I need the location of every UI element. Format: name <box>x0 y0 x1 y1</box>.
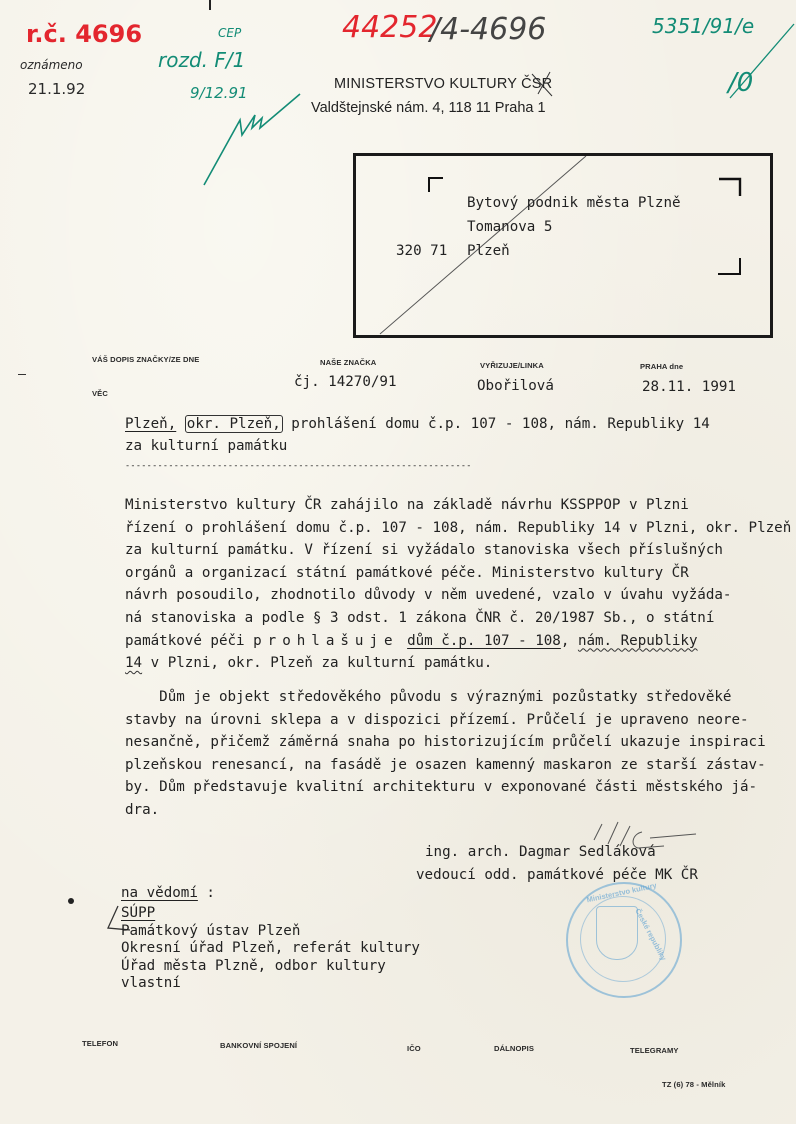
cc-recipient: vlastní <box>121 975 420 993</box>
handwritten-note: oznámeno <box>20 58 83 72</box>
text: památkové péči <box>125 633 253 649</box>
square-name-underlined: nám. Republiky <box>578 633 698 649</box>
body-line: ná stanoviska a podle § 3 odst. 1 zákona… <box>125 607 791 630</box>
handwritten-date: 21.1.92 <box>28 80 85 98</box>
text: , <box>561 633 578 649</box>
body-paragraph-1: Ministerstvo kultury ČR zahájilo na zákl… <box>125 494 791 675</box>
body-paragraph-2: Dům je objekt středověkého původu s výra… <box>125 686 766 822</box>
your-letter-label: VÁŠ DOPIS ZNAČKY/ZE DNE <box>92 355 199 364</box>
body-line: návrh posoudilo, zhodnotilo důvody v něm… <box>125 584 791 607</box>
cc-heading: na vědomí : <box>121 884 215 902</box>
subject-city: Plzeň, <box>125 416 176 432</box>
body-line: stavby na úrovni sklepa a v dispozici př… <box>125 709 766 732</box>
cc-recipient: Památkový ústav Plzeň <box>121 923 420 941</box>
top-tick-mark <box>209 0 211 10</box>
footer-telegram-label: TELEGRAMY <box>630 1046 679 1055</box>
handwritten-distribution: rozd. F/1 <box>158 48 245 72</box>
footer-print-code: TZ (6) 78 - Mělník <box>662 1080 725 1089</box>
recipient-postcode: 320 71 <box>396 243 447 259</box>
recipient-city: Plzeň <box>467 243 510 259</box>
body-line: by. Dům představuje kvalitní architektur… <box>125 776 766 799</box>
footer-bank-label: BANKOVNÍ SPOJENÍ <box>220 1041 297 1050</box>
square-number-underlined: 14 <box>125 655 142 671</box>
cc-list: SÚPP Památkový ústav Plzeň Okresní úřad … <box>121 905 420 993</box>
our-ref-label: NAŠE ZNAČKA <box>320 358 376 367</box>
teal-diagonal-stroke <box>716 22 796 102</box>
cc-recipient: Úřad města Plzně, odbor kultury <box>121 958 420 976</box>
subject-district: okr. Plzeň, <box>185 415 283 433</box>
recipient-street: Tomanova 5 <box>467 219 552 235</box>
subject-label: VĚC <box>92 389 108 398</box>
subject-rule: ----------------------------------------… <box>125 455 472 478</box>
ministry-address: Valdštejnské nám. 4, 118 11 Praha 1 <box>311 100 546 116</box>
body-line: orgánů a organizací státní památkové péč… <box>125 562 791 585</box>
subject-line-1: Plzeň, okr. Plzeň, prohlášení domu č.p. … <box>125 413 710 436</box>
text: v Plzni, okr. Plzeň za kulturní památku. <box>142 655 492 671</box>
cc-colon: : <box>198 885 215 901</box>
body-line-declaration: památkové péči prohlašuje dům č.p. 107 -… <box>125 630 791 653</box>
cc-recipient: Okresní úřad Plzeň, referát kultury <box>121 940 420 958</box>
official-stamp: Ministerstvo kultury České republiky <box>566 882 682 998</box>
body-line: Dům je objekt středověkého původu s výra… <box>125 686 766 709</box>
lion-emblem-icon <box>596 906 638 960</box>
body-line: Ministerstvo kultury ČR zahájilo na zákl… <box>125 494 791 517</box>
cc-label: na vědomí <box>121 885 198 901</box>
house-number-underlined: dům č.p. 107 - 108 <box>407 633 561 649</box>
our-ref-value: čj. 14270/91 <box>294 374 397 390</box>
handled-by-label: VYŘIZUJE/LINKA <box>480 361 544 370</box>
footer-phone-label: TELEFON <box>82 1039 118 1048</box>
handwritten-cep: CEP <box>218 26 241 40</box>
subject-text: prohlášení domu č.p. 107 - 108, nám. Rep… <box>283 416 710 432</box>
bullet-dot <box>68 898 74 904</box>
cc-recipient: SÚPP <box>121 905 420 923</box>
declares-spaced: prohlašuje <box>253 633 398 649</box>
body-line: řízení o prohlášení domu č.p. 107 - 108,… <box>125 517 791 540</box>
handwritten-reg-number: 44252 <box>342 10 437 45</box>
body-line: 14 v Plzni, okr. Plzeň za kulturní památ… <box>125 652 791 675</box>
margin-tick <box>18 374 26 375</box>
place-date-label: PRAHA dne <box>640 362 683 371</box>
footer-telex-label: DÁLNOPIS <box>494 1044 534 1053</box>
footer-ico-label: IČO <box>407 1044 421 1053</box>
body-line: za kulturní památku. V řízení si vyžádal… <box>125 539 791 562</box>
address-window: Bytový podnik města Plzně Tomanova 5 320… <box>353 153 773 338</box>
ministry-name: MINISTERSTVO KULTURY ČSR <box>334 76 552 92</box>
handwritten-ref-number: r.č. 4696 <box>26 20 142 48</box>
handwritten-reg-suffix: /4-4696 <box>430 12 546 47</box>
body-line: plzeňskou renesancí, na fasádě je osazen… <box>125 754 766 777</box>
signatory-name: ing. arch. Dagmar Sedláková <box>425 841 656 864</box>
recipient-name: Bytový podnik města Plzně <box>467 195 681 211</box>
body-line: nesančně, přičemž záměrná snaha po histo… <box>125 731 766 754</box>
strikeout-mark <box>528 68 558 98</box>
letter-date: 28.11. 1991 <box>642 379 736 395</box>
teal-signature-stroke <box>200 80 320 190</box>
handled-by-value: Obořilová <box>477 378 554 394</box>
